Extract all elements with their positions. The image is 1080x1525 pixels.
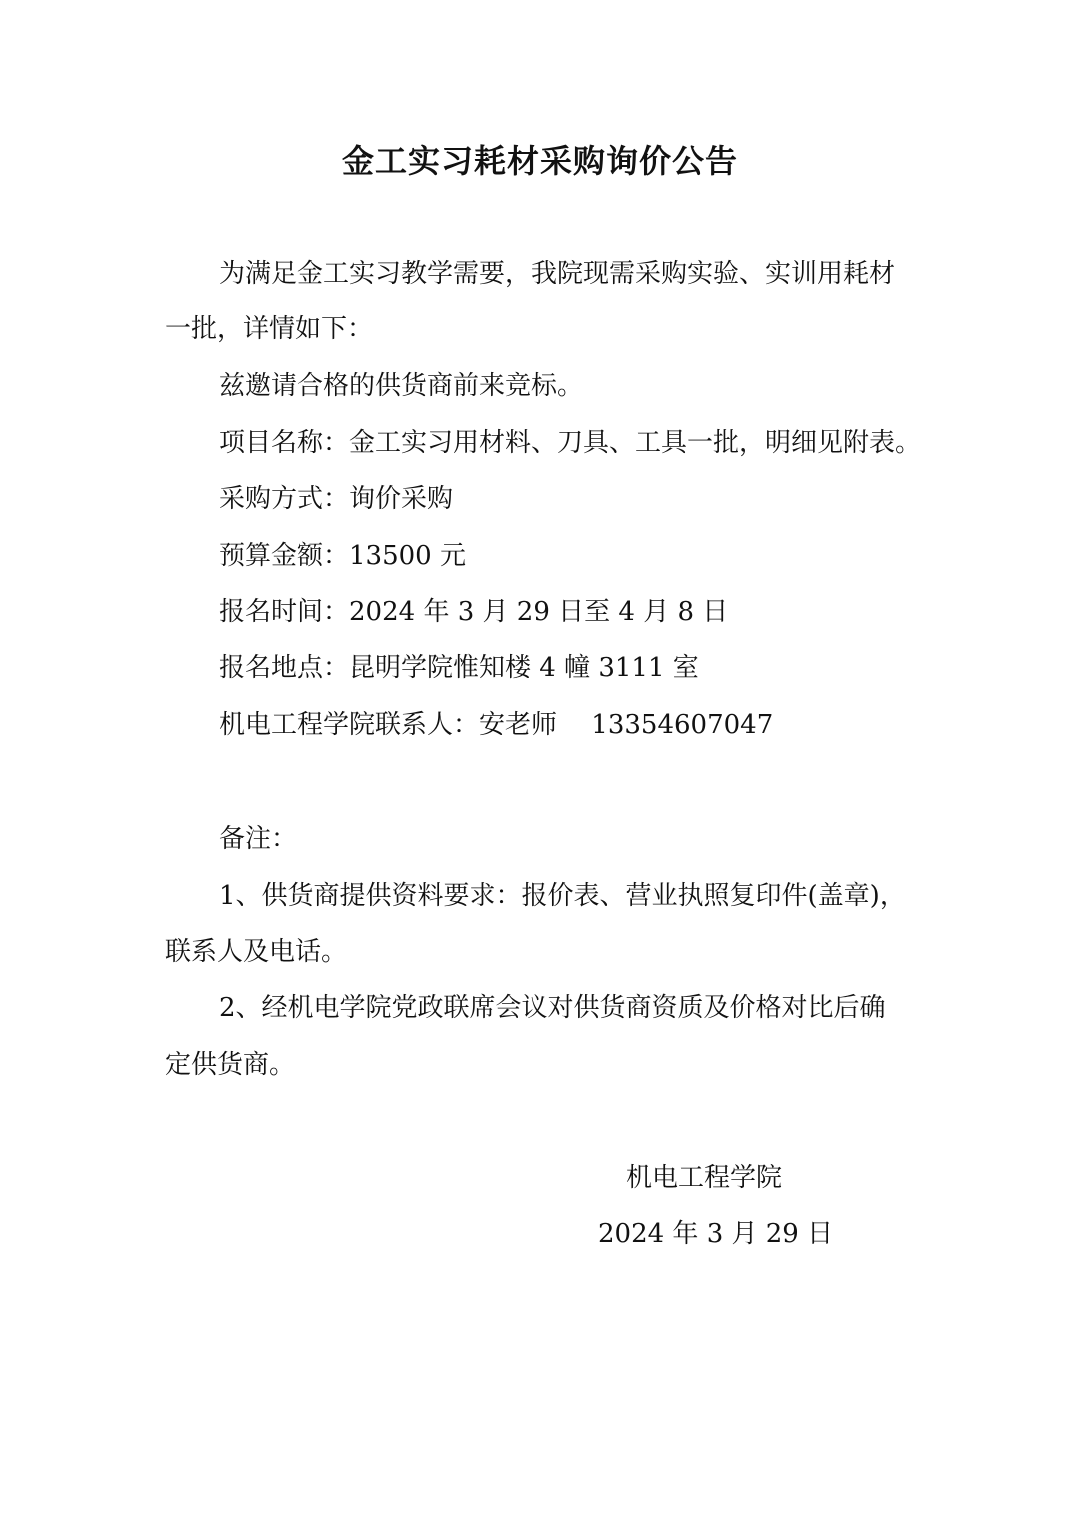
field-label: 采购方式： (219, 484, 349, 514)
note-1-line-1: 1、供货商提供资料要求：报价表、营业执照复印件(盖章)， (219, 880, 906, 912)
field-contact: 机电工程学院联系人：安老师 13354607047 (219, 709, 773, 741)
field-registration-time: 报名时间：2024 年 3 月 29 日至 4 月 8 日 (219, 596, 728, 628)
document-page: 金工实习耗材采购询价公告 为满足金工实习教学需要，我院现需采购实验、实训用耗材 … (0, 0, 1080, 1525)
field-value: 2024 年 3 月 29 日至 4 月 8 日 (349, 597, 728, 627)
field-value: 昆明学院惟知楼 4 幢 3111 室 (349, 653, 699, 683)
field-label: 机电工程学院联系人： (219, 710, 479, 740)
field-value: 13500 元 (349, 541, 466, 571)
field-label: 报名时间： (219, 597, 349, 627)
note-1-line-2: 联系人及电话。 (165, 936, 347, 968)
intro-line-1: 为满足金工实习教学需要，我院现需采购实验、实训用耗材 (219, 258, 895, 290)
note-2-line-2: 定供货商。 (165, 1049, 295, 1081)
signature-organization: 机电工程学院 (626, 1162, 782, 1194)
field-label: 项目名称： (219, 428, 349, 458)
signature-date: 2024 年 3 月 29 日 (598, 1218, 833, 1250)
field-value: 安老师 13354607047 (479, 710, 773, 740)
note-2-line-1: 2、经机电学院党政联席会议对供货商资质及价格对比后确 (219, 992, 886, 1024)
field-label: 报名地点： (219, 653, 349, 683)
field-project-name: 项目名称：金工实习用材料、刀具、工具一批，明细见附表。 (219, 427, 921, 459)
field-procurement-method: 采购方式：询价采购 (219, 483, 453, 515)
field-value: 金工实习用材料、刀具、工具一批，明细见附表。 (349, 428, 921, 458)
field-registration-location: 报名地点：昆明学院惟知楼 4 幢 3111 室 (219, 652, 699, 684)
invitation-text: 兹邀请合格的供货商前来竞标。 (219, 370, 583, 402)
field-value: 询价采购 (349, 484, 453, 514)
intro-line-2: 一批，详情如下： (165, 313, 373, 345)
field-label: 预算金额： (219, 541, 349, 571)
document-title: 金工实习耗材采购询价公告 (0, 136, 1080, 182)
notes-heading: 备注： (219, 823, 297, 855)
field-budget: 预算金额：13500 元 (219, 540, 466, 572)
